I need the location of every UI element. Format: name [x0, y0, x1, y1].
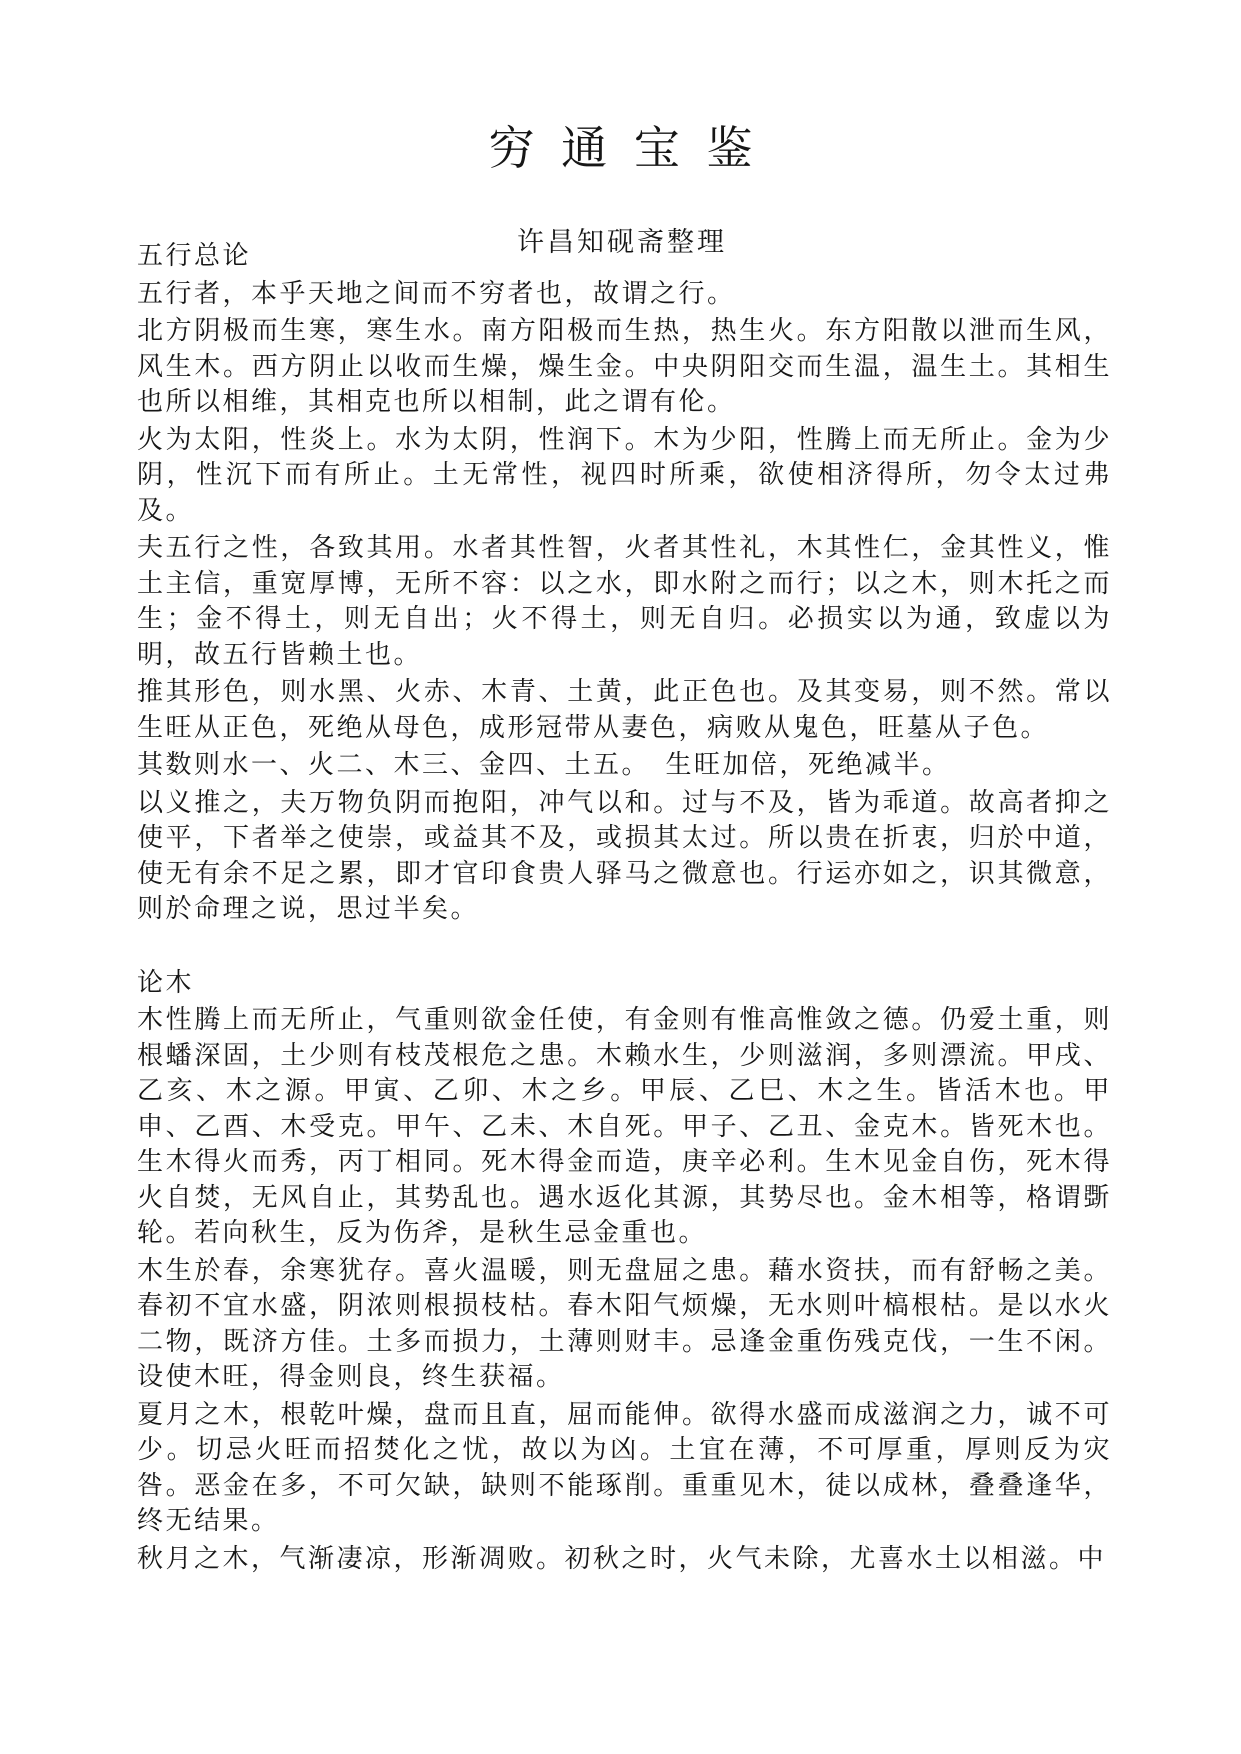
paragraph: 五行者，本乎天地之间而不穷者也，故谓之行。	[137, 276, 1112, 312]
document-page: 穷通宝鉴 许昌知砚斋整理 五行总论 五行者，本乎天地之间而不穷者也，故谓之行。 …	[0, 0, 1241, 1754]
paragraph: 木性腾上而无所止，气重则欲金任使，有金则有惟高惟敛之德。仍爱土重，则根蟠深固，土…	[137, 1002, 1112, 1251]
section-heading: 论木	[137, 965, 1112, 1001]
paragraph: 木生於春，余寒犹存。喜火温暖，则无盘屈之患。藉水资扶，而有舒畅之美。春初不宜水盛…	[137, 1253, 1112, 1395]
page-title: 穷通宝鉴	[0, 112, 1241, 178]
paragraph: 以义推之，夫万物负阴而抱阳，冲气以和。过与不及，皆为乖道。故高者抑之使平，下者举…	[137, 785, 1112, 927]
paragraph: 其数则水一、火二、木三、金四、土五。 生旺加倍，死绝减半。	[137, 747, 1112, 783]
document-body: 五行总论 五行者，本乎天地之间而不穷者也，故谓之行。 北方阴极而生寒，寒生水。南…	[137, 238, 1112, 1578]
paragraph: 夫五行之性，各致其用。水者其性智，火者其性礼，木其性仁，金其性义，惟土主信，重宽…	[137, 530, 1112, 672]
paragraph: 北方阴极而生寒，寒生水。南方阳极而生热，热生火。东方阳散以泄而生风，风生木。西方…	[137, 313, 1112, 420]
section-lun-mu: 论木 木性腾上而无所止，气重则欲金任使，有金则有惟高惟敛之德。仍爱土重，则根蟠深…	[137, 965, 1112, 1577]
section-wuxing-zonglun: 五行总论 五行者，本乎天地之间而不穷者也，故谓之行。 北方阴极而生寒，寒生水。南…	[137, 238, 1112, 927]
paragraph: 火为太阳，性炎上。水为太阴，性润下。木为少阳，性腾上而无所止。金为少阴，性沉下而…	[137, 422, 1112, 529]
paragraph: 推其形色，则水黑、火赤、木青、土黄，此正色也。及其变易，则不然。常以生旺从正色，…	[137, 674, 1112, 745]
section-heading: 五行总论	[137, 238, 1112, 274]
paragraph: 夏月之木，根乾叶燥，盘而且直，屈而能伸。欲得水盛而成滋润之力，诚不可少。切忌火旺…	[137, 1397, 1112, 1539]
paragraph: 秋月之木，气渐凄凉，形渐凋败。初秋之时，火气未除，尤喜水土以相滋。中	[137, 1541, 1112, 1577]
